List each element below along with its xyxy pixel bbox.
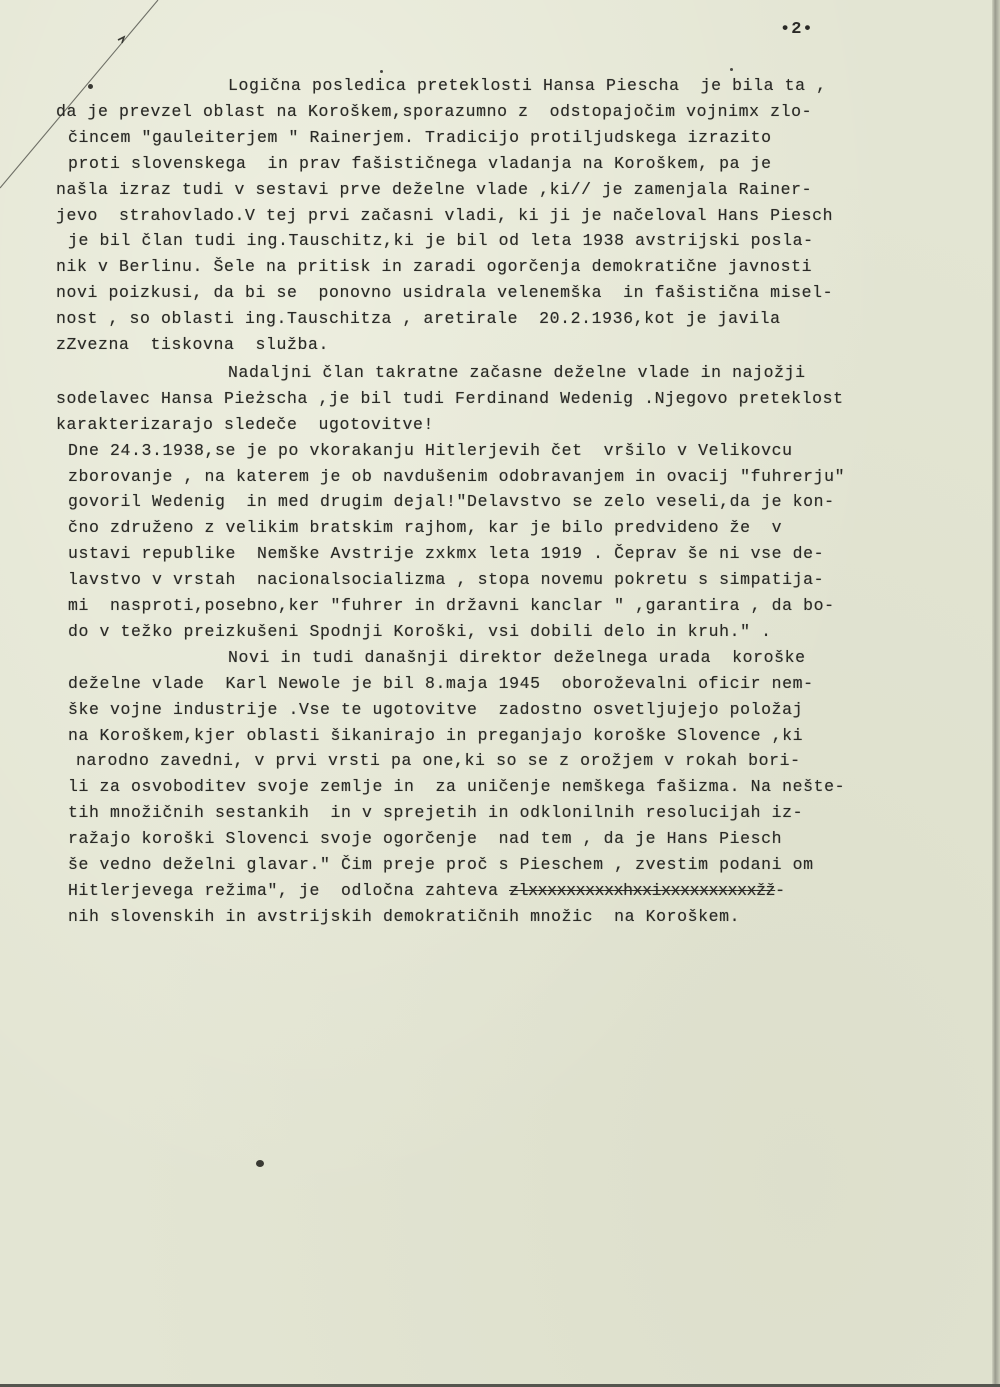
text-line: mi nasproti,posebno,ker "fuhrer in držav… [68, 596, 835, 616]
text-line: nost , so oblasti ing.Tauschitza , areti… [56, 309, 781, 329]
document-page: •2• Logična posledica preteklosti Hansa … [0, 0, 1000, 1387]
text-line: je bil član tudi ing.Tauschitz,ki je bil… [68, 231, 814, 251]
text-line: do v težko preizkušeni Spodnji Koroški, … [68, 622, 772, 642]
text-line: ustavi republike Nemške Avstrije zxkmx l… [68, 544, 824, 564]
text-line: Logična posledica preteklosti Hansa Pies… [228, 76, 827, 96]
page-number: •2• [780, 20, 814, 39]
text-line: čno združeno z velikim bratskim rajhom, … [68, 518, 782, 538]
text-line: Dne 24.3.1938,se je po vkorakanju Hitler… [68, 441, 793, 461]
text-line: deželne vlade Karl Newole je bil 8.maja … [68, 674, 814, 694]
text-line: zborovanje , na katerem je ob navdušenim… [68, 467, 845, 487]
text-line: jevo strahovlado.V tej prvi začasni vlad… [56, 206, 833, 226]
text-line: na Koroškem,kjer oblasti šikanirajo in p… [68, 726, 803, 746]
text-line: sodelavec Hansa Pieżscha ,je bil tudi Fe… [56, 389, 844, 409]
text-line: zZvezna tiskovna služba. [56, 335, 329, 355]
text-line: da je prevzel oblast na Koroškem,sporazu… [56, 102, 812, 122]
ink-dot [730, 68, 733, 71]
struck-text: zlxxxxxxxxxxhxxixxxxxxxxxxžž [509, 881, 775, 900]
text-line: našla izraz tudi v sestavi prve deželne … [56, 180, 812, 200]
ink-dot [380, 70, 383, 73]
ink-dot [88, 84, 93, 89]
text-line: narodno zavedni, v prvi vrsti pa one,ki … [76, 751, 801, 771]
ink-dot [256, 1160, 264, 1167]
text-line: Novi in tudi današnji direktor deželnega… [228, 648, 806, 668]
text-line: proti slovenskega in prav fašističnega v… [68, 154, 772, 174]
text-line: Hitlerjevega režima", je odločna zahteva… [68, 881, 786, 901]
text-line: lavstvo v vrstah nacionalsocializma , st… [68, 570, 824, 590]
text-line: ražajo koroški Slovenci svoje ogorčenje … [68, 829, 782, 849]
text-line: karakterizarajo sledeče ugotovitve! [56, 415, 434, 435]
text-line: novi poizkusi, da bi se ponovno usidrala… [56, 283, 833, 303]
text-line: tih množičnih sestankih in v sprejetih i… [68, 803, 803, 823]
text-line: še vedno deželni glavar." Čim preje proč… [68, 855, 814, 875]
text-line: čincem "gauleiterjem " Rainerjem. Tradic… [68, 128, 772, 148]
text-line: li za osvoboditev svoje zemlje in za uni… [68, 777, 845, 797]
text-line: govoril Wedenig in med drugim dejal!"Del… [68, 492, 835, 512]
text-line: nik v Berlinu. Šele na pritisk in zaradi… [56, 257, 812, 277]
text-line: Nadaljni član takratne začasne deželne v… [228, 363, 806, 383]
page-edge [992, 0, 1000, 1387]
text-line: ške vojne industrije .Vse te ugotovitve … [68, 700, 803, 720]
text-line: nih slovenskih in avstrijskih demokratič… [68, 907, 740, 927]
